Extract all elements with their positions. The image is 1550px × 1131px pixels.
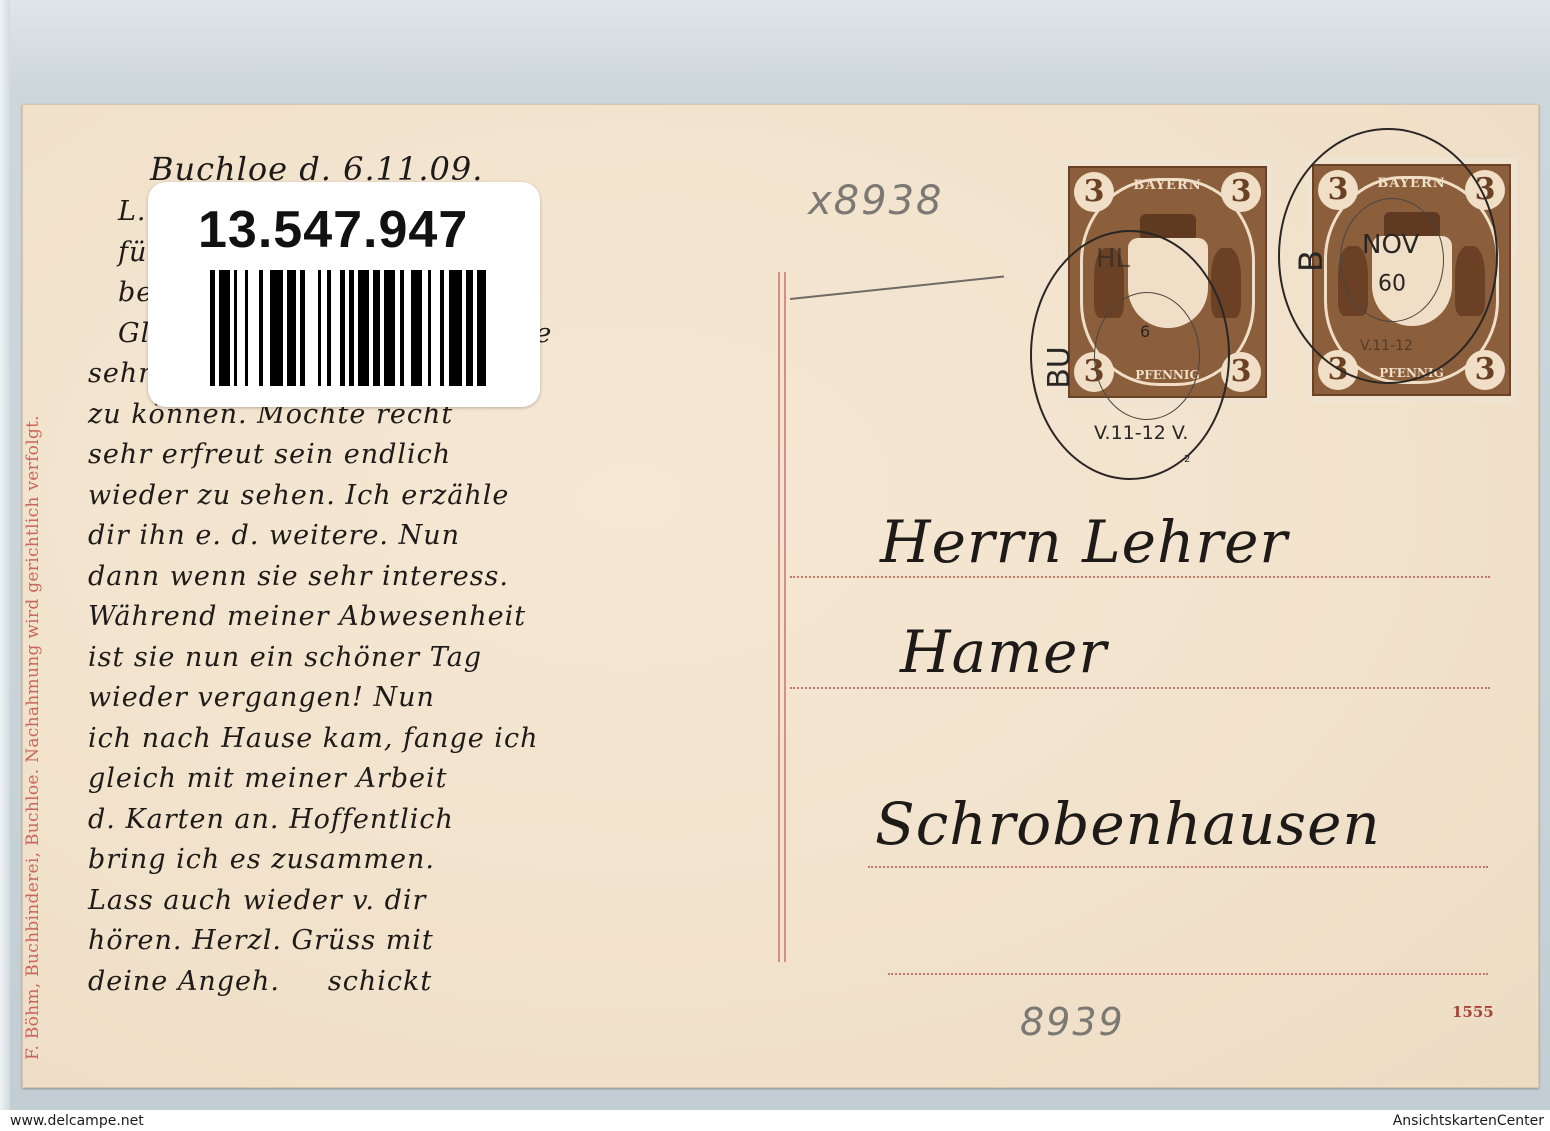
pencil-note-top: x8938 <box>808 178 943 224</box>
message-line: deine Angeh. schickt <box>88 966 768 997</box>
inventory-label: 13.547.947 <box>148 182 540 407</box>
message-address-divider <box>778 272 788 962</box>
message-line: Während meiner Abwesenheit <box>88 601 768 632</box>
message-line: wieder zu sehen. Ich erzähle <box>88 480 768 511</box>
inventory-number: 13.547.947 <box>198 200 468 260</box>
postmark-year: 09 <box>1378 268 1406 293</box>
message-line: gleich mit meiner Arbeit <box>88 763 768 794</box>
message-line: sehr erfreut sein endlich <box>88 439 768 470</box>
postmark-month: NOV <box>1362 230 1419 260</box>
stamp-value: 3 <box>1074 172 1114 212</box>
message-line: d. Karten an. Hoffentlich <box>88 804 768 835</box>
publisher-imprint: F. Böhm, Buchbinderei, Buchloe. Nachahmu… <box>23 415 43 1060</box>
message-line: hören. Herzl. Grüss mit <box>88 925 768 956</box>
pencil-note-bottom: 8939 <box>1020 1000 1125 1044</box>
address-line-recipient: Herrn Lehrer <box>880 508 1288 576</box>
address-line-1 <box>790 576 1490 578</box>
postmark-time: V.11-12 V. <box>1094 422 1188 444</box>
address-line-2 <box>790 687 1490 689</box>
postmark-town: B <box>1292 250 1330 272</box>
stamp-value: 3 <box>1465 350 1505 390</box>
postmark-1: BU HL 6 V.11-12 V. 2 <box>1030 230 1230 480</box>
scan-edge <box>0 0 10 1110</box>
message-line: ist sie nun ein schöner Tag <box>88 642 768 673</box>
address-line-4 <box>888 973 1488 975</box>
postmark-sub: 2 <box>1184 454 1190 465</box>
message-line: dann wenn sie sehr interess. <box>88 561 768 592</box>
message-line: dir ihn e. d. weitere. Nun <box>88 520 768 551</box>
message-line: bring ich es zusammen. <box>88 844 768 875</box>
postmark-time: V.11-12 <box>1360 338 1413 354</box>
stamp-value: 3 <box>1221 172 1261 212</box>
address-line-name: Hamer <box>900 618 1107 686</box>
watermark-delcampe: www.delcampe.net <box>10 1113 144 1129</box>
postmark-2: B NOV 09 V.11-12 <box>1278 128 1498 384</box>
message-line: wieder vergangen! Nun <box>88 682 768 713</box>
barcode-icon <box>210 270 486 386</box>
watermark-ansichtskarten: AnsichtskartenCenter <box>1393 1113 1544 1129</box>
postmark-town: BU <box>1042 346 1077 389</box>
postmark-day: 6 <box>1140 322 1150 341</box>
publisher-number: 1555 <box>1452 1003 1494 1021</box>
stamp-country: BAYERN <box>1120 178 1215 193</box>
address-line-3 <box>868 866 1488 868</box>
address-line-town: Schrobenhausen <box>875 790 1381 858</box>
message-line: Lass auch wieder v. dir <box>88 885 768 916</box>
postmark-town: HL <box>1096 244 1130 274</box>
message-line: ich nach Hause kam, fange ich <box>88 723 768 754</box>
